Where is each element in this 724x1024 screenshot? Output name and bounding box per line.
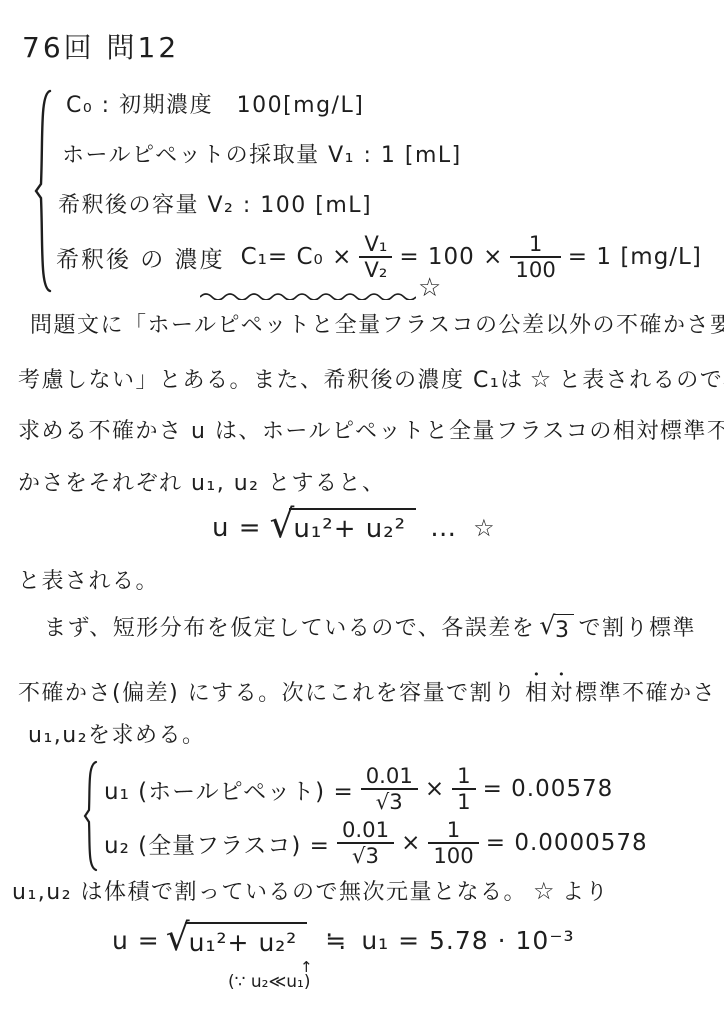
star-marker: ☆	[530, 364, 553, 395]
page-title: 76回 問12	[22, 26, 179, 66]
given-line-diluted-concentration: 希釈後 の 濃度 C₁= C₀ × V₁ V₂ = 100 × 1 100 = …	[56, 232, 702, 283]
equation-u1: u₁ (ホールピペット) = 0.01 √3 × 1 1 = 0.00578	[104, 764, 613, 815]
star-marker: ☆	[473, 514, 496, 542]
dimensionless-line: u₁,u₂ は体積で割っているので無次元量となる。☆より	[12, 876, 609, 908]
approx-equal-sign: ≒	[325, 926, 347, 955]
formula-lhs: u =	[212, 513, 262, 543]
equation-mid: = 100 ×	[399, 244, 503, 270]
equation-u2-lhs: u₂ (全量フラスコ) =	[104, 827, 330, 860]
paragraph1-line3: 求める不確かさ u は、ホールピペットと全量フラスコの相対標準不確	[18, 418, 724, 447]
given-line-diluted-volume: 希釈後の容量 V₂ : 100 [mL]	[58, 192, 372, 221]
star-marker: ☆	[533, 876, 556, 907]
paragraph1-line2: 考慮しない」とある。また、希釈後の濃度 C₁は☆と表されるので、	[18, 364, 724, 396]
paragraph1-line4: かさをそれぞれ u₁, u₂ とすると、	[18, 470, 386, 499]
square-root-3: √3	[539, 614, 574, 646]
final-result-formula: u = √ u₁²+ u₂² ≒ u₁ = 5.78 · 10⁻³	[112, 922, 575, 960]
handwritten-note-page: 76回 問12 C₀ : 初期濃度 100[mg/L] ホールピペットの採取量 …	[0, 0, 724, 1024]
paragraph1-line1: 問題文に「ホールピペットと全量フラスコの公差以外の不確かさ要因は	[30, 312, 724, 341]
times-sign: ×	[425, 776, 445, 802]
curly-brace-equations	[80, 760, 100, 872]
paragraph2-line3: u₁,u₂を求める。	[28, 722, 206, 751]
equation-u2: u₂ (全量フラスコ) = 0.01 √3 × 1 100 = 0.000057…	[104, 818, 648, 869]
equation-rhs: = 1 [mg/L]	[568, 244, 702, 270]
conclusion-line: と表される。	[18, 568, 159, 597]
times-sign: ×	[401, 830, 421, 856]
uncertainty-formula: u = √ u₁²+ u₂² … ☆	[212, 508, 502, 547]
radicand: u₁²+ u₂²	[289, 508, 416, 544]
equation-u1-rhs: = 0.00578	[483, 776, 614, 802]
equation-u2-rhs: = 0.0000578	[486, 830, 648, 856]
fraction-1-100: 1 100	[510, 232, 560, 283]
fraction-1-100: 1 100	[428, 818, 478, 869]
square-root: √ u₁²+ u₂²	[270, 508, 417, 547]
equation-lhs: C₁= C₀ ×	[241, 244, 353, 270]
given-line-initial-concentration: C₀ : 初期濃度 100[mg/L]	[66, 92, 364, 121]
final-lhs: u =	[112, 926, 160, 955]
paragraph2-line2: 不確かさ(偏差) にする。次にこれを容量で割り 相対標準不確かさ	[18, 668, 716, 709]
fraction-001-sqrt3: 0.01 √3	[361, 764, 418, 815]
diluted-concentration-label: 希釈後 の 濃度	[56, 241, 225, 274]
fraction-v1-v2: V₁ V₂	[359, 232, 392, 283]
curly-brace-given	[30, 88, 56, 294]
final-rhs: u₁ = 5.78 · 10⁻³	[361, 926, 574, 955]
given-line-pipette-volume: ホールピペットの採取量 V₁ : 1 [mL]	[62, 142, 462, 171]
square-root: √ u₁²+ u₂²	[166, 922, 308, 960]
fraction-1-1: 1 1	[452, 764, 475, 815]
radicand: u₁²+ u₂²	[185, 922, 308, 957]
radical-sign: √	[166, 919, 191, 957]
radical-sign: √	[270, 505, 296, 544]
because-note: (∵ u₂≪u₁)	[228, 972, 310, 992]
emphasized-text: 相対	[525, 681, 575, 706]
paragraph2-line1: まず、短形分布を仮定しているので、各誤差を√3で割り標準	[44, 614, 696, 646]
equation-u1-lhs: u₁ (ホールピペット) =	[104, 773, 354, 806]
fraction-001-sqrt3: 0.01 √3	[337, 818, 394, 869]
ellipsis: …	[430, 513, 457, 543]
star-marker: ☆	[418, 272, 443, 306]
wavy-underline	[200, 290, 416, 300]
